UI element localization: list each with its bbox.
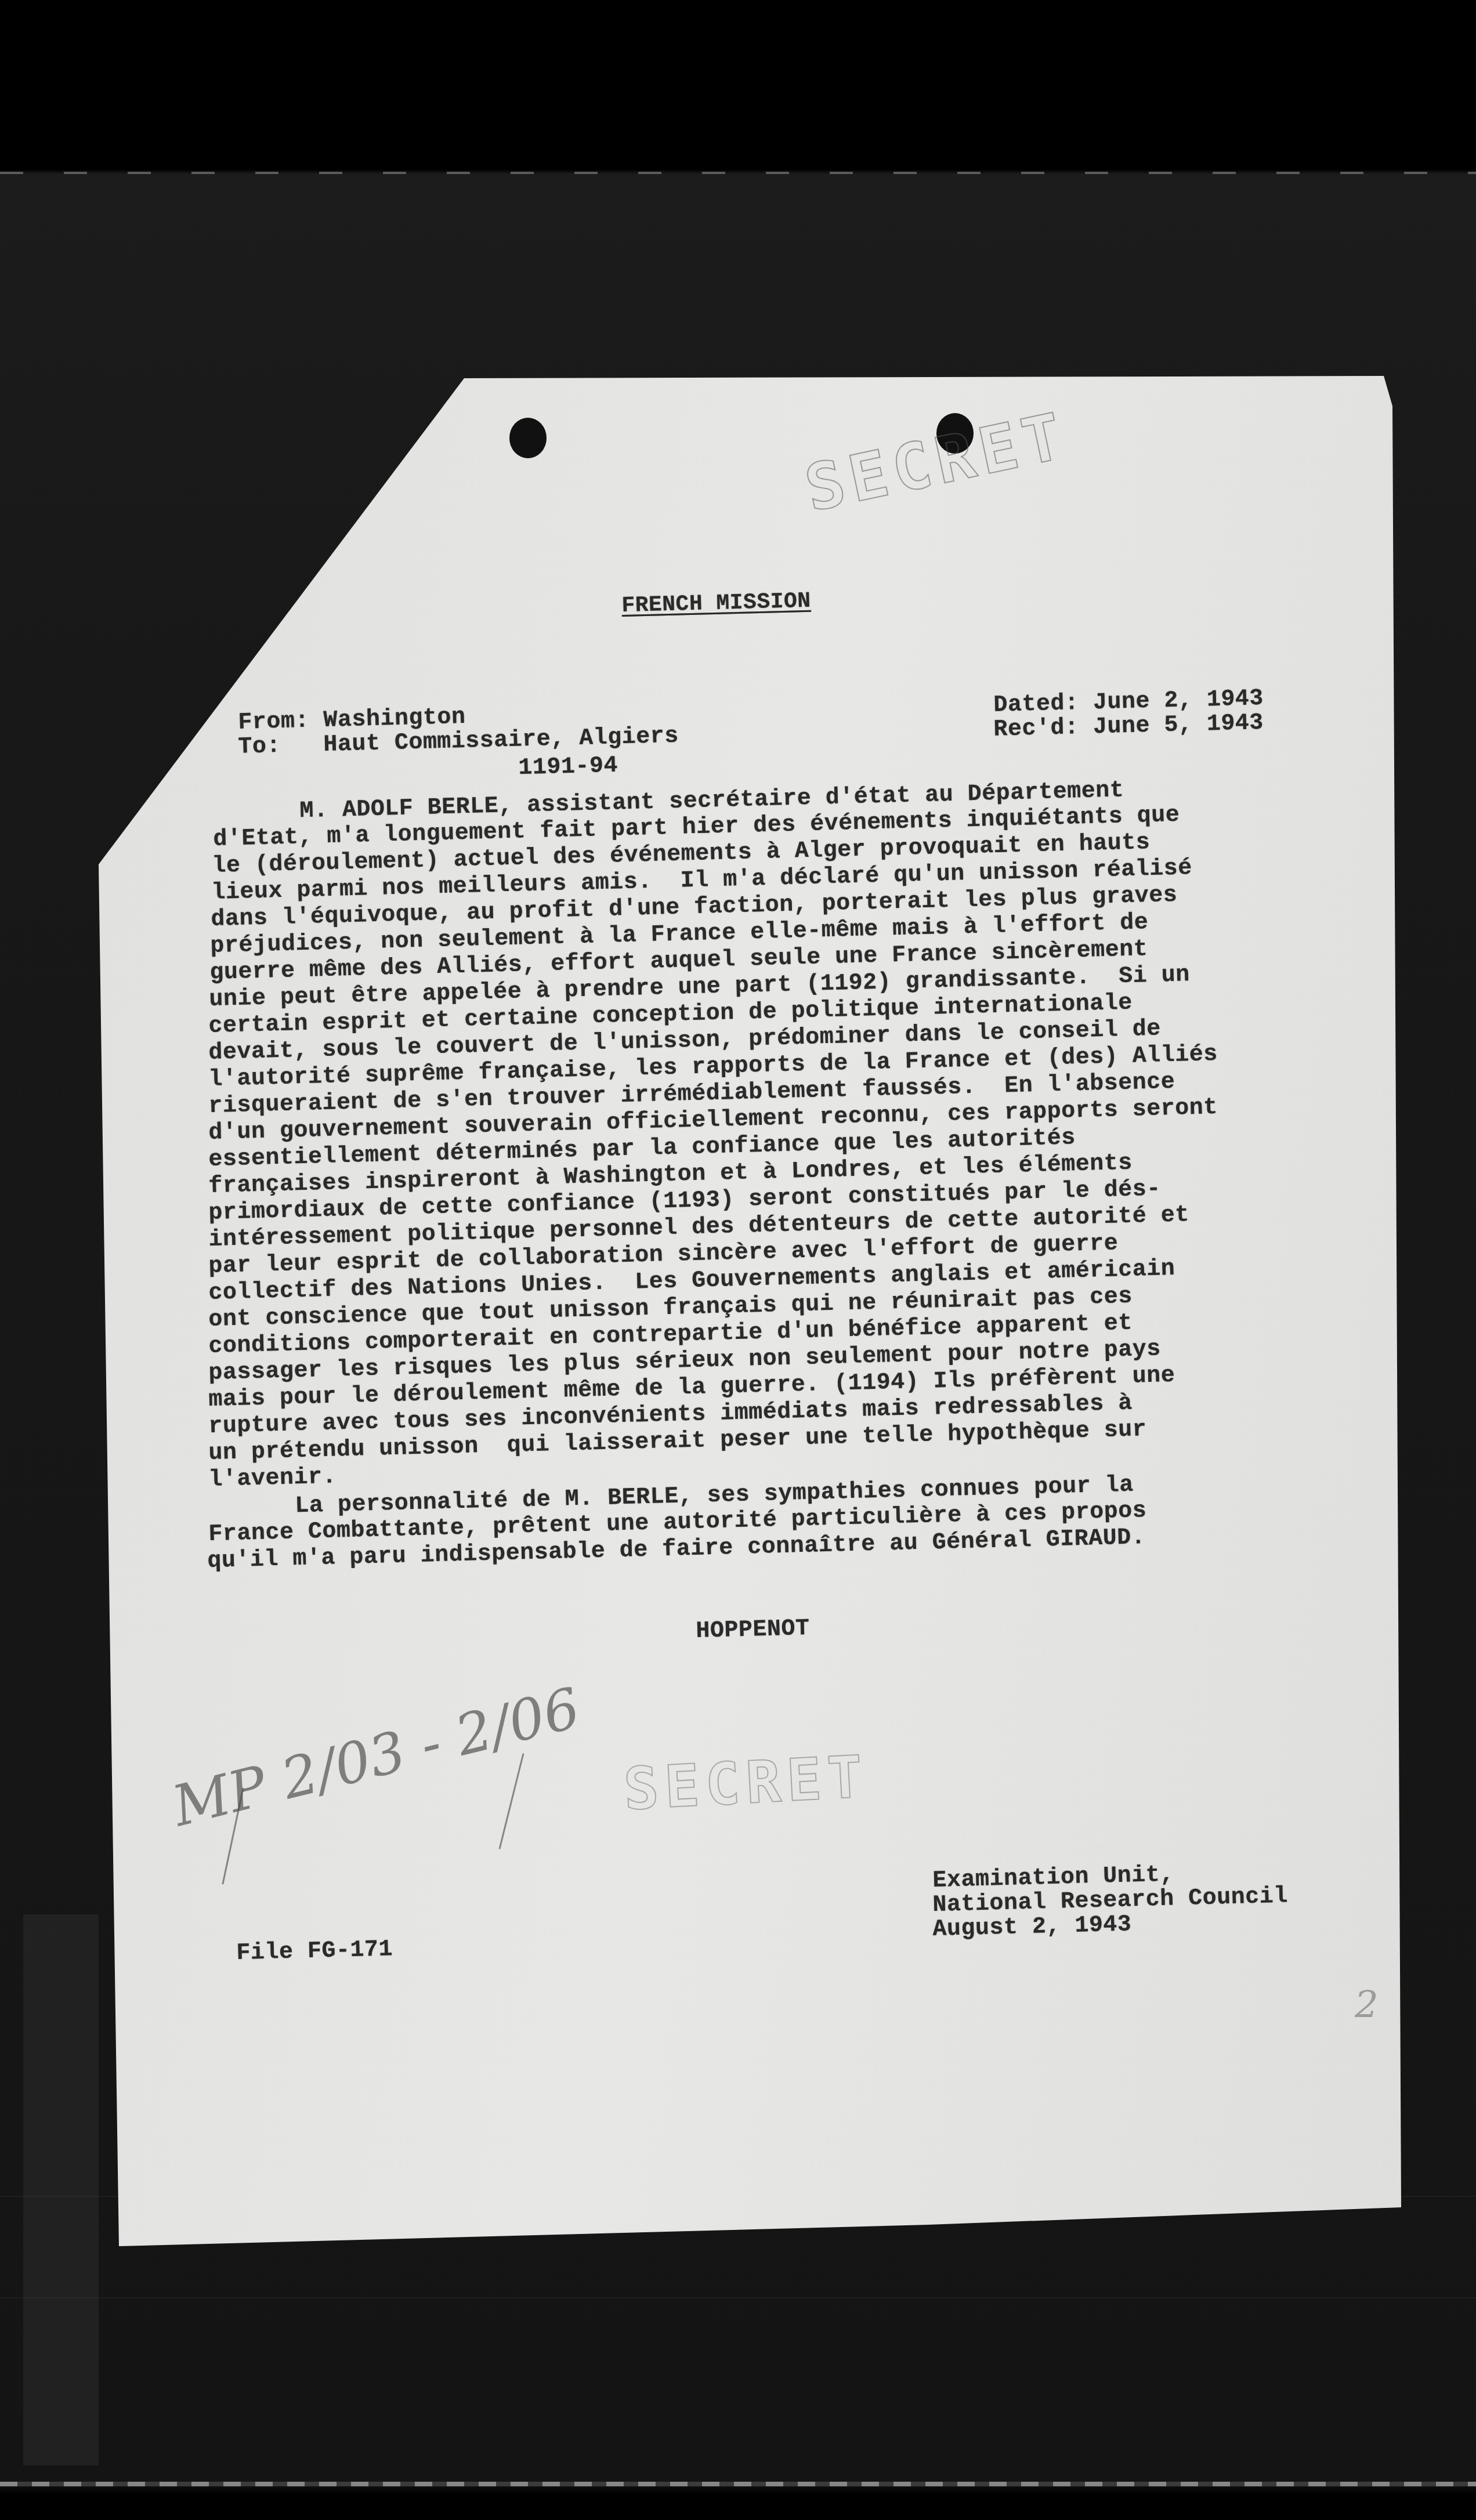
- to-label: To:: [238, 733, 281, 761]
- film-edge-top: [0, 172, 1476, 174]
- exam-date-line: August 2, 1943: [932, 1911, 1132, 1943]
- recd-label: Rec'd:: [993, 715, 1079, 743]
- film-left-band: [23, 1914, 99, 2465]
- message-number: 1191-94: [518, 753, 618, 781]
- text-line: l'avenir.: [208, 1464, 337, 1493]
- secret-stamp-bottom: SECRET: [622, 1743, 870, 1823]
- signature: HOPPENOT: [696, 1616, 810, 1645]
- document-title: FRENCH MISSION: [621, 588, 811, 619]
- page-number-mark: 2: [1355, 1984, 1379, 2027]
- film-streak: [0, 2297, 1476, 2298]
- film-edge-bottom: [0, 2482, 1476, 2486]
- file-reference: File FG-171: [236, 1936, 393, 1967]
- recd-line: Rec'd: June 5, 1943: [964, 684, 1264, 744]
- punch-hole-left: [509, 418, 547, 458]
- recd-value: June 5, 1943: [1092, 710, 1264, 740]
